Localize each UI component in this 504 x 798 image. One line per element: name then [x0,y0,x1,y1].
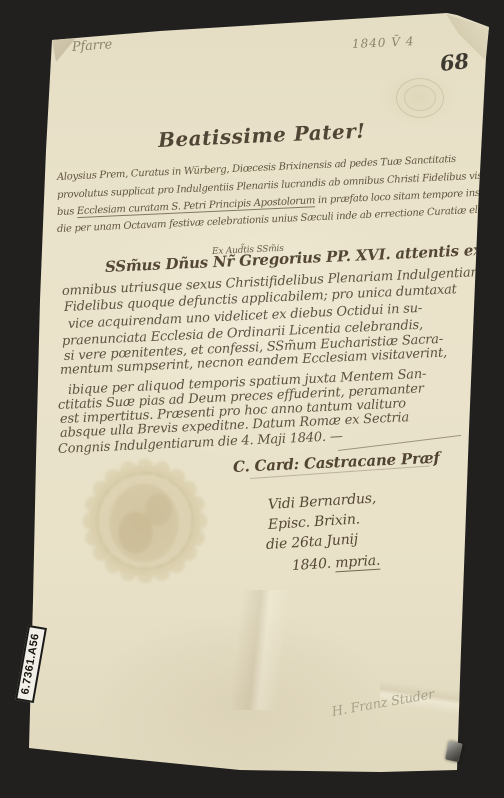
photo-mount-background: Pfarre 1840 V̄ 4 68 Beatissime Pater! Al… [0,0,504,798]
petition-line-segment: bus [57,206,77,218]
folio-number: 68 [439,48,470,76]
document-page: Pfarre 1840 V̄ 4 68 Beatissime Pater! Al… [0,0,504,798]
embossed-stamp-icon [396,78,444,118]
vidi-manu-propria: mpria. [335,553,381,573]
pencil-annotation-pfarre: Pfarre [71,37,112,55]
metal-clip [445,741,463,762]
vidi-line: Episc. Brixin. [268,511,361,533]
pencil-annotation-date: 1840 V̄ 4 [352,34,415,51]
vidi-line: Vidi Bernardus, [268,490,377,513]
pen-flourish [338,435,461,451]
vidi-year: 1840. [292,555,336,574]
pencil-signature: H. Franz Studer [331,687,436,720]
document-heading: Beatissime Pater! [157,119,366,152]
vidi-line: die 26ta Junij [266,531,359,553]
vidi-line: 1840. mpria. [292,553,381,574]
paper-seal [78,454,212,588]
petition-line-segment: in præfato loco sitam tempore instituen. [315,186,504,206]
embossed-stamp-inner-ring [404,85,436,111]
